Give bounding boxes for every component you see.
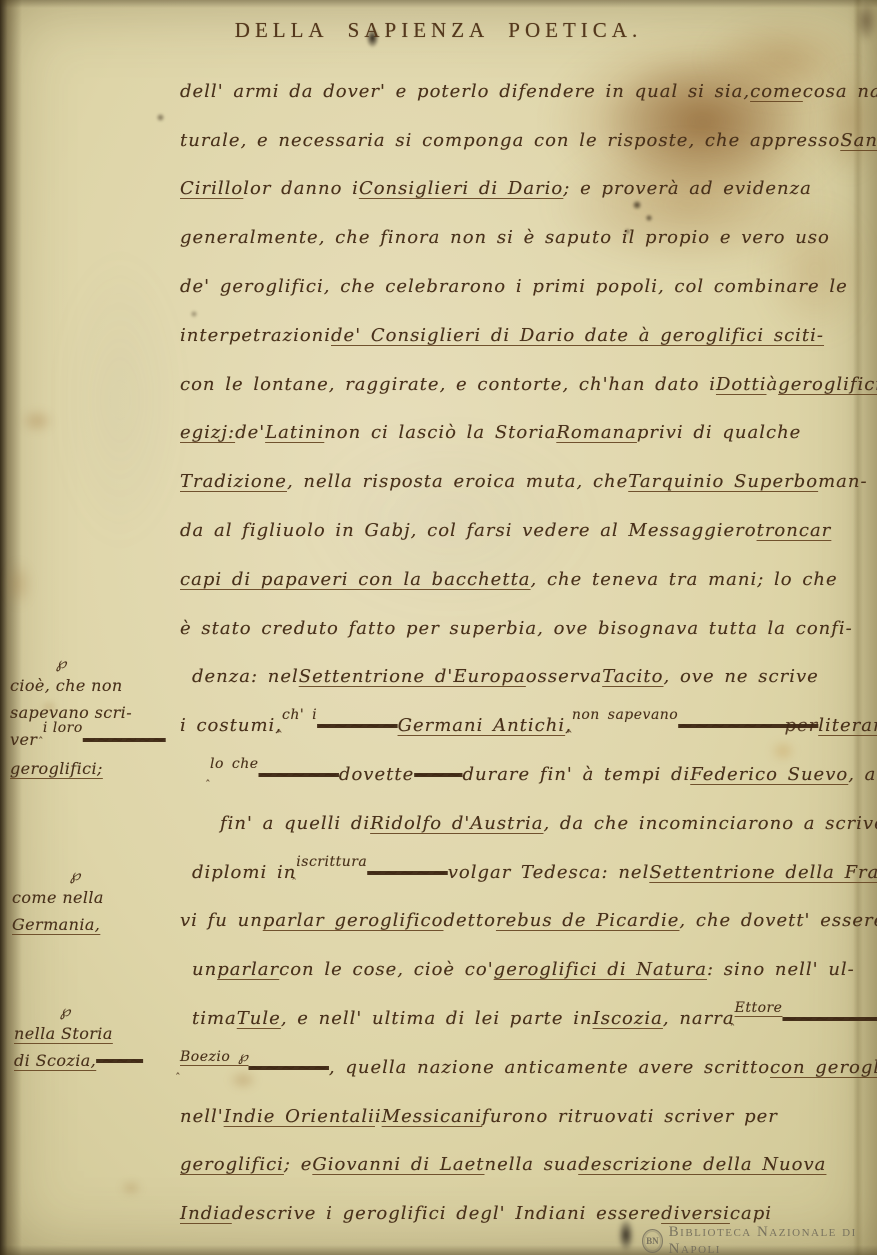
text-segment: descrive i geroglifici degl' Indiani ess… <box>232 1203 661 1224</box>
text-segment: Latini <box>265 422 324 443</box>
margin-note-row: geroglifici; <box>10 755 166 782</box>
text-segment: Messicani <box>382 1106 482 1127</box>
margin-note-row: sapevano scri- <box>10 699 166 726</box>
text-segment: Consiglieri di Dario <box>359 178 563 199</box>
text-segment: troncar <box>757 520 832 541</box>
insertion-mark: ℘ <box>56 650 67 677</box>
text-segment: , nella risposta eroica muta, che <box>287 471 628 492</box>
cancelled-text: ~~~~~ <box>249 1057 329 1078</box>
text-segment: , da che incominciarono a scriver <box>543 813 877 834</box>
cancelled-text: ~~~~~~ per <box>678 715 818 736</box>
margin-note: ℘cioè, che nonsapevano scri-ver i loro~~… <box>10 672 166 782</box>
cancelled-text: ~~~~~~ <box>83 730 166 749</box>
text-segment: furono ritruovati scriver per <box>482 1106 778 1127</box>
text-segment: literarum secreta <box>818 715 877 736</box>
text-segment: San <box>840 130 877 151</box>
ink-dot <box>156 113 165 122</box>
manuscript-line: un parlar con le cose, cioè co' geroglif… <box>180 940 870 989</box>
text-segment: con le lontane, raggirate, e contorte, c… <box>180 374 716 395</box>
manuscript-line: capi di papaveri con la bacchetta, che t… <box>180 550 870 599</box>
text-segment: di Scozia, <box>14 1051 96 1070</box>
manuscript-line: interpetrazioni de' Consiglieri di Dario… <box>180 306 870 355</box>
margin-note: ℘come nellaGermania, <box>12 884 104 938</box>
paper-stain <box>120 1180 142 1196</box>
library-watermark: BN Biblioteca Nazionale di Napoli <box>642 1224 877 1255</box>
manuscript-line: Cirillo lor danno i Consiglieri di Dario… <box>180 160 870 209</box>
text-segment: rebus de Picardie <box>496 910 679 931</box>
text-segment: con le cose, cioè co' <box>279 959 494 980</box>
margin-note-row: cioè, che non <box>10 672 166 699</box>
cancelled-text: ~~~~~~ <box>782 1008 877 1029</box>
manuscript-line: con le lontane, raggirate, e contorte, c… <box>180 355 870 404</box>
interlinear-insertion: Boezio ℘ <box>180 1049 249 1065</box>
text-segment: Giovanni di Laet <box>312 1154 484 1175</box>
manuscript-line: geroglifici; e Giovanni di Laet nella su… <box>180 1136 870 1185</box>
text-segment: Settentrione d'Europa <box>299 666 526 687</box>
text-segment: parlar geroglifico <box>263 910 444 931</box>
manuscript-line: dell' armi da dover' e poterlo difendere… <box>180 62 870 111</box>
text-segment: Indie Orientali <box>224 1106 375 1127</box>
text-segment: fin' a quelli di <box>220 813 370 834</box>
text-segment: nella Storia <box>14 1024 113 1043</box>
text-segment: vi fu un <box>180 910 263 931</box>
manuscript-line: diplomi in iscrittura~~~~~ volgar Tedesc… <box>180 843 870 892</box>
text-segment: geroglifici di Natura <box>494 959 707 980</box>
text-segment: i <box>375 1106 382 1127</box>
manuscript-line: generalmente, che finora non si è saputo… <box>180 208 870 257</box>
text-segment: , anzi <box>848 764 877 785</box>
text-segment: , e nell' ultima di lei parte in <box>281 1008 593 1029</box>
text-segment: India <box>180 1203 232 1224</box>
text-segment: de' <box>235 422 265 443</box>
text-segment: Germani Antichi <box>398 715 566 736</box>
text-segment: geroglifici <box>180 1154 284 1175</box>
text-segment: man- <box>818 471 867 492</box>
manuscript-line: de' geroglifici, che celebrarono i primi… <box>180 257 870 306</box>
text-segment: de' geroglifici, che celebrarono i primi… <box>180 276 848 297</box>
text-segment: : sino nell' ul- <box>707 959 855 980</box>
cancelled-text: ~~~~~ <box>317 715 397 736</box>
margin-note-row: nella Storia <box>14 1020 143 1047</box>
text-segment: ; e <box>284 1154 312 1175</box>
cancelled-text: ~~~ <box>96 1051 143 1070</box>
text-segment: Federico Suevo <box>690 764 848 785</box>
text-segment: Iscozia <box>593 1008 663 1029</box>
page-edge-top <box>0 0 877 8</box>
text-segment: cioè, che non <box>10 676 123 695</box>
text-segment: , che teneva tra mani; lo che <box>531 569 838 590</box>
text-segment: cosa na- <box>803 81 877 102</box>
text-segment: Germania, <box>12 915 100 934</box>
text-segment: lor danno i <box>243 178 359 199</box>
text-segment: detto <box>443 910 495 931</box>
text-segment: descrizione della Nuova <box>578 1154 826 1175</box>
text-segment: , narra <box>663 1008 735 1029</box>
text-segment: ; e proverà ad evidenza <box>563 178 812 199</box>
manuscript-line: è stato creduto fatto per superbia, ove … <box>180 599 870 648</box>
text-segment: capi <box>730 1203 772 1224</box>
text-segment: Cirillo <box>180 178 243 199</box>
text-segment: generalmente, che finora non si è saputo… <box>180 227 830 248</box>
library-logo-icon: BN <box>642 1229 663 1253</box>
text-segment: à <box>766 374 778 395</box>
interlinear-insertion: i loro <box>43 720 83 736</box>
text-segment: nell' <box>180 1106 224 1127</box>
text-segment: come <box>750 81 803 102</box>
manuscript-line: denza: nel Settentrione d'Europa osserva… <box>180 648 870 697</box>
interlinear-insertion: iscrittura <box>296 854 367 870</box>
show-through <box>60 250 180 550</box>
cancelled-text: ~~~~~ <box>367 862 447 883</box>
manuscript-line: lo che~~~~~ dovette~~~ durare fin' à tem… <box>180 745 870 794</box>
text-segment: i costumi, <box>180 715 282 736</box>
text-segment: da al figliuolo in Gabj, col farsi veder… <box>180 520 757 541</box>
manuscript-line: turale, e necessaria si componga con le … <box>180 111 870 160</box>
text-segment: è stato creduto fatto per superbia, ove … <box>180 618 853 639</box>
margin-note-row: Germania, <box>12 911 104 938</box>
margin-note-row: di Scozia, ~~~ <box>14 1047 143 1074</box>
text-segment: Tradizione <box>180 471 287 492</box>
text-segment: con geroglifici <box>770 1057 877 1078</box>
text-segment: osserva <box>526 666 602 687</box>
text-segment: durare fin' à tempi di <box>462 764 690 785</box>
text-segment: come nella <box>12 888 104 907</box>
manuscript-line: vi fu un parlar geroglifico detto rebus … <box>180 892 870 941</box>
text-segment: capi di papaveri con la bacchetta <box>180 569 531 590</box>
text-segment: Tacito <box>602 666 663 687</box>
interlinear-insertion: non sapevano <box>572 707 678 723</box>
interlinear-insertion: Ettore <box>735 1000 783 1016</box>
text-segment: Tarquinio Superbo <box>628 471 818 492</box>
text-segment: tima <box>192 1008 237 1029</box>
manuscript-line: da al figliuolo in Gabj, col farsi veder… <box>180 501 870 550</box>
cancelled-text: ~~~ <box>414 764 462 785</box>
manuscript-line: Tradizione, nella risposta eroica muta, … <box>180 452 870 501</box>
text-segment: diplomi in <box>192 862 296 883</box>
text-segment: Ridolfo d'Austria <box>370 813 543 834</box>
manuscript-line: Boezio ℘~~~~~, quella nazione anticament… <box>180 1038 870 1087</box>
margin-note-row: come nella <box>12 884 104 911</box>
text-segment: denza: nel <box>192 666 299 687</box>
text-segment: , che dovett' essere <box>679 910 877 931</box>
text-segment: , quella nazione anticamente avere scrit… <box>329 1057 770 1078</box>
manuscript-line: i costumi, ch' i~~~~~ Germani Antichi, n… <box>180 696 870 745</box>
text-segment: privi di qualche <box>637 422 801 443</box>
text-segment: nella sua <box>484 1154 578 1175</box>
text-segment: parlar <box>217 959 279 980</box>
text-segment: diversi <box>661 1203 730 1224</box>
text-segment: geroglifici; <box>10 759 103 778</box>
cancelled-text: ~~~~~ <box>259 764 339 785</box>
text-segment: dell' armi da dover' e poterlo difendere… <box>180 81 750 102</box>
insertion-mark: ℘ <box>70 862 81 889</box>
manuscript-line: nell' Indie Orientali i Messicani furono… <box>180 1087 870 1136</box>
margin-note: ℘nella Storiadi Scozia, ~~~ <box>14 1020 143 1074</box>
manuscript-line: egizj: de' Latini non ci lasciò la Stori… <box>180 404 870 453</box>
manuscript-page: DELLA SAPIENZA POETICA. dell' armi da do… <box>0 0 877 1255</box>
text-segment: geroglifici <box>778 374 877 395</box>
insertion-mark: ℘ <box>60 998 71 1025</box>
margin-note-row: ver i loro~~~~~~ <box>10 726 166 755</box>
text-segment: de' Consiglieri di Dario date à geroglif… <box>331 325 824 346</box>
text-segment: , ove ne scrive <box>664 666 819 687</box>
text-segment: volgar Tedesca: nel <box>448 862 650 883</box>
manuscript-line: fin' a quelli di Ridolfo d'Austria, da c… <box>180 794 870 843</box>
text-segment: un <box>192 959 217 980</box>
text-segment: Dotti <box>716 374 767 395</box>
page-title: DELLA SAPIENZA POETICA. <box>0 18 877 43</box>
text-segment: egizj: <box>180 422 235 443</box>
interlinear-insertion: lo che <box>210 756 259 772</box>
interlinear-insertion: ch' i <box>282 707 317 723</box>
text-segment: non ci lasciò la Storia <box>324 422 556 443</box>
text-segment: Settentrione della Francia <box>649 862 877 883</box>
manuscript-line: tima Tule, e nell' ultima di lei parte i… <box>180 989 870 1038</box>
paper-stain <box>20 408 54 434</box>
text-segment: dovette <box>339 764 414 785</box>
text-segment: turale, e necessaria si componga con le … <box>180 130 840 151</box>
manuscript-text: dell' armi da dover' e poterlo difendere… <box>180 62 870 1233</box>
text-segment: interpetrazioni <box>180 325 331 346</box>
text-segment: Tule <box>237 1008 281 1029</box>
text-segment: Romana <box>556 422 637 443</box>
library-watermark-label: Biblioteca Nazionale di Napoli <box>669 1224 877 1255</box>
